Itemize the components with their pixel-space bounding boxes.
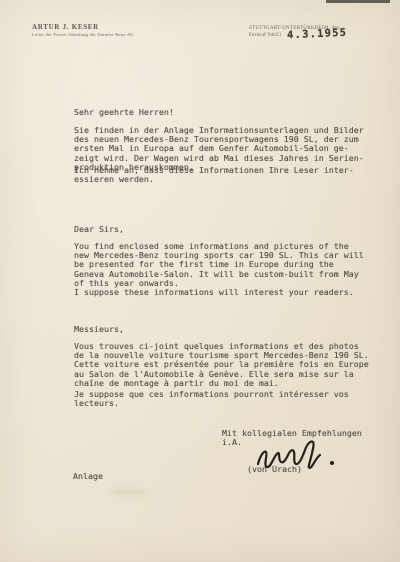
french-paragraph-1: Vous trouves ci-joint quelques informati… [74, 342, 369, 388]
english-salutation: Dear Sirs, [74, 225, 124, 234]
english-paragraph-2: I suppose these informations will intere… [74, 288, 354, 297]
top-edge-mark [326, 0, 390, 3]
sender-title: Leiter der Presse-Abteilung der Daimler-… [32, 32, 134, 37]
signature-name: (von Urach) [247, 465, 302, 474]
phone-line: Fernruf 94621 [249, 32, 282, 39]
closing-regards: Mit kollegialen Empfehlungen [222, 429, 362, 438]
french-salutation: Messieurs, [74, 325, 124, 334]
date-stamp: 4.3.1955 [287, 27, 348, 42]
sender-name: ARTUR J. KESER [32, 23, 99, 31]
closing-per-pro: i.A. [222, 438, 242, 447]
letter-scan: ARTUR J. KESER Leiter der Presse-Abteilu… [0, 0, 400, 562]
enclosure-note: Anlage [73, 472, 103, 481]
german-salutation: Sehr geehrte Herren! [74, 108, 174, 117]
scan-smudge [108, 488, 148, 496]
english-paragraph-1: You find enclosed some informations and … [74, 242, 364, 288]
french-paragraph-2: Je suppose que ces informations pourront… [74, 390, 349, 408]
german-paragraph-2: Ich nehme an, dass diese Informationen I… [74, 166, 354, 184]
